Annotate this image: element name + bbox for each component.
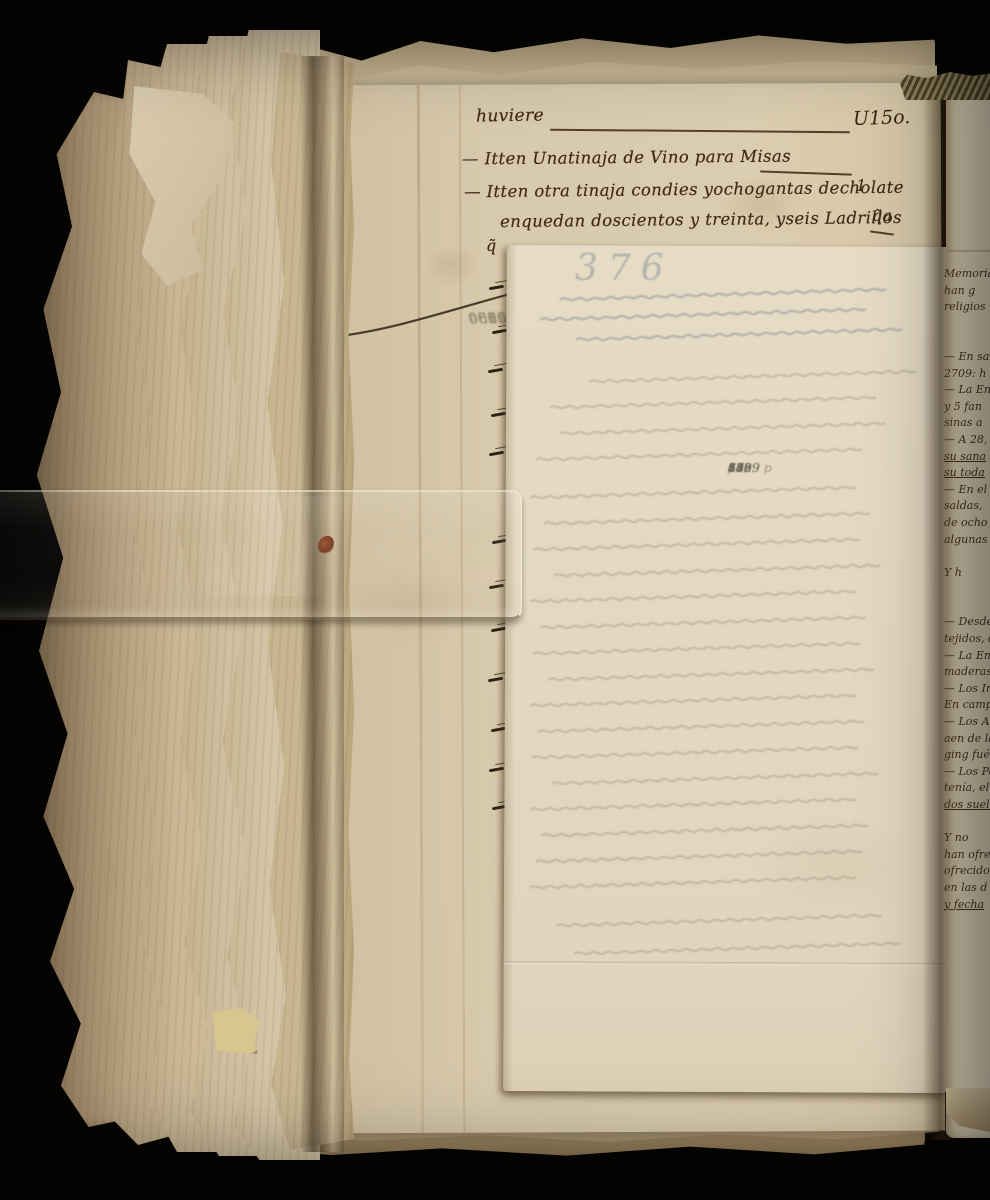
folio-amount: U15o.	[853, 106, 911, 130]
fold-line	[948, 250, 990, 252]
margin-note-line: religios	[944, 299, 990, 316]
flourish-stroke	[336, 288, 516, 348]
photograph-of-open-manuscript: huviere U15o. — Itten Unatinaja de Vino …	[0, 0, 990, 1200]
margin-note-line: dos suele	[944, 797, 990, 814]
margin-note-line: En camp	[944, 697, 990, 714]
margin-note-line: su toda	[944, 465, 990, 482]
pencil-folio-number: 376	[575, 248, 674, 289]
margin-note-line	[944, 548, 990, 565]
margin-note-line: sinas a	[944, 415, 990, 432]
right-page-margin-notes: Memoriahan greligios — En san2709: h— La…	[944, 266, 990, 926]
sheet-faint-number: 4939 p	[728, 458, 772, 477]
binding-headband	[900, 72, 990, 100]
margin-note-line: — Los Agost	[944, 714, 990, 731]
margin-note-line	[944, 581, 990, 598]
margin-note-line: y 5 fan	[944, 399, 990, 416]
glass-slide-weight	[0, 490, 522, 620]
margin-note-line: — Desde la	[944, 614, 990, 631]
margin-note-line: — A 28, d	[944, 432, 990, 449]
manuscript-line-1: huviere	[476, 105, 544, 126]
margin-note-line: de ocho	[944, 515, 990, 532]
margin-note-line: han g	[944, 283, 990, 300]
margin-note-line: 2709: h	[944, 366, 990, 383]
margin-note-line: en las d	[944, 880, 990, 897]
manuscript-line-5-partial: q̃	[486, 236, 497, 255]
margin-note-line: — En el a	[944, 482, 990, 499]
margin-note-line: maderas	[944, 664, 990, 681]
margin-note-line: ofrecido	[944, 863, 990, 880]
margin-note-line: tejidos, d	[944, 631, 990, 648]
margin-note-line: — La Ena	[944, 382, 990, 399]
margin-note-line: — La Enan	[944, 648, 990, 665]
manuscript-line-2: — Itten Unatinaja de Vino para Misas	[462, 147, 791, 169]
margin-note-line	[944, 332, 990, 349]
margin-note-line: su sana	[944, 449, 990, 466]
faint-bleedthrough-handwriting	[530, 286, 930, 986]
margin-note-line: Memoria	[944, 266, 990, 283]
margin-note-line: — En san	[944, 349, 990, 366]
manuscript-line-4-suffix: q̃a	[872, 206, 893, 225]
margin-note-line: aen de la	[944, 731, 990, 748]
margin-note-line	[944, 814, 990, 831]
margin-note-line: tenía, el	[944, 780, 990, 797]
margin-note-line	[944, 316, 990, 333]
margin-note-line	[944, 598, 990, 615]
margin-note-line: — Los Pedr	[944, 764, 990, 781]
margin-note-line: algunas	[944, 532, 990, 549]
margin-note-line: saldas,	[944, 498, 990, 515]
margin-note-line: y fecha	[944, 897, 990, 914]
margin-note-line: ging fué	[944, 747, 990, 764]
margin-note-line: Y no	[944, 830, 990, 847]
margin-note-line: — Los Inve	[944, 681, 990, 698]
margin-note-line: Y h	[944, 565, 990, 582]
margin-note-line: han ofreci	[944, 847, 990, 864]
